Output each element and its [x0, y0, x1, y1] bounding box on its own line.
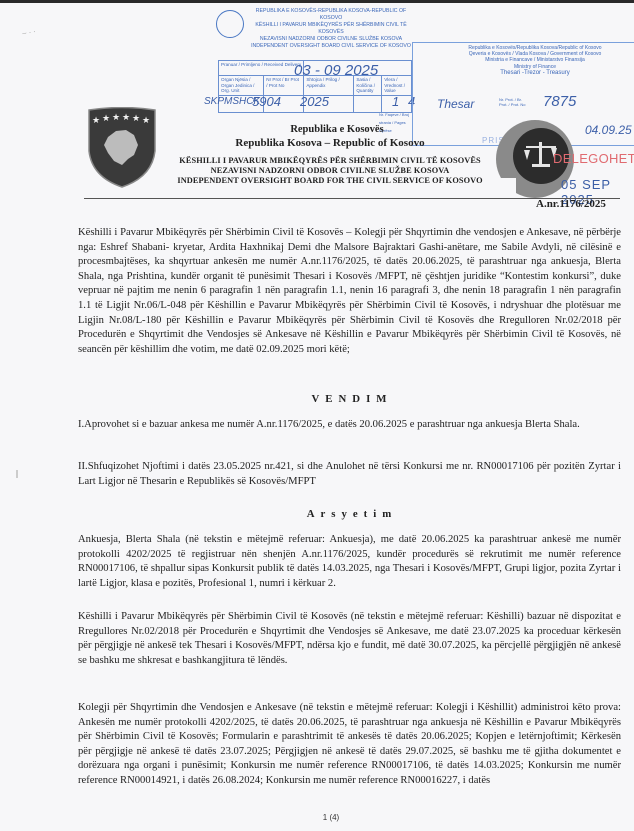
prot-no-value: 5904 [252, 94, 281, 109]
svg-text:★: ★ [102, 114, 110, 124]
quantity-value: 1 [392, 94, 399, 109]
reasoning-paragraph-1: Ankuesja, Blerta Shala (në tekstin e mët… [78, 533, 621, 591]
svg-text:★: ★ [132, 114, 140, 124]
reasoning-heading: Arsyetim [0, 508, 634, 520]
stamp-line: Nezavisni Nadzorni Odbor Civilne Službe … [246, 36, 416, 43]
value-label: Vlera / Vrednost / Value [382, 76, 412, 96]
stamp-line: Këshilli i Pavarur Mbikëqyrës për Shërbi… [246, 22, 416, 36]
scan-edge [0, 0, 634, 3]
republic-name-sq: Republika e Kosovës [0, 124, 634, 135]
document-page: ~ ∙ ∙ ★★★ ★★★ Republika e Kosovës-Republ… [0, 0, 634, 831]
organization-name: KËSHILLI I PAVARUR MBIKËQYRËS PËR SHËRBI… [150, 156, 510, 186]
reasoning-paragraph-2: Këshilli i Pavarur Mbikëqyrës për Shërbi… [78, 610, 621, 668]
received-label: Pranuar / Primljeno / Received Delivery [219, 61, 304, 76]
decision-item-2: II.Shfuqizohet Njoftimi i datës 23.05.20… [78, 460, 621, 489]
org-unit-label: Organ Njësia / Organ Jedinica / Org. Uni… [219, 76, 264, 96]
treasury-prot-no: 7875 [543, 93, 576, 110]
org-name-sr: NEZAVISNI NADZORNI ODBOR CIVILNE SLUŽBE … [150, 166, 510, 176]
republic-name-multi: Republika Kosova – Republic of Kosovo [0, 137, 634, 149]
decision-item-1: I.Aprovohet si e bazuar ankesa me numër … [78, 418, 621, 433]
stamp-line: Thesari -Trezor - Treasury [435, 70, 634, 76]
handwritten-mark: ~ ∙ ∙ [21, 27, 36, 39]
treasury-unit: Thesar [437, 97, 474, 111]
treasury-prot-label: Nr. Prot. / Br. Prot. / Prot. No [499, 97, 529, 107]
reasoning-paragraph-3: Kolegji për Shqyrtimin dhe Vendosjen e A… [78, 701, 621, 789]
case-number: A.nr.1176/2025 [536, 198, 606, 210]
stamp-line: Republika e Kosovës-Republika Kosova-Rep… [246, 8, 416, 22]
delegation-stamp: DELEGOHET [553, 151, 634, 166]
decision-heading: VENDIM [0, 393, 634, 405]
org-name-en: INDEPENDENT OVERSIGHT BOARD FOR THE CIVI… [150, 176, 510, 186]
stamp-line: Independent Oversight Board Civil Servic… [246, 43, 416, 50]
registry-stamp-logo-icon [216, 10, 244, 38]
registry-stamp: Republika e Kosovës-Republika Kosova-Rep… [212, 6, 412, 128]
org-name-sq: KËSHILLI I PAVARUR MBIKËQYRËS PËR SHËRBI… [150, 156, 510, 166]
received-date: 03 - 09 2025 [294, 62, 378, 79]
svg-text:★: ★ [122, 113, 130, 123]
margin-mark [16, 470, 18, 478]
page-number: 1 (4) [0, 813, 634, 822]
svg-text:★: ★ [112, 113, 120, 123]
appendix-value: 2025 [300, 94, 329, 109]
intro-paragraph: Këshilli i Pavarur Mbikëqyrës për Shërbi… [78, 226, 621, 357]
